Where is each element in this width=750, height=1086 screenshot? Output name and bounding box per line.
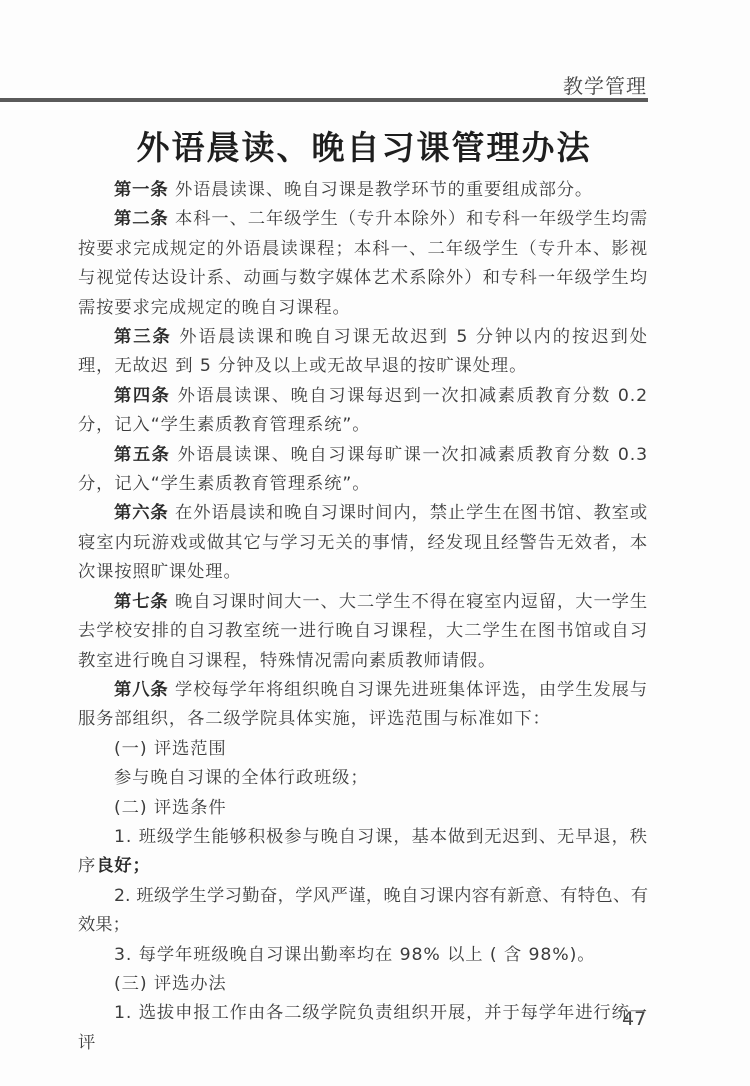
article-label: 第一条 bbox=[114, 180, 169, 200]
article-label: 第五条 bbox=[114, 445, 171, 465]
scope-text: 参与晚自习课的全体行政班级； bbox=[78, 764, 648, 793]
criteria-item-3: 3. 每学年班级晚自习课出勤率均在 98% 以上 ( 含 98%)。 bbox=[78, 941, 648, 970]
article-label: 第三条 bbox=[114, 327, 172, 347]
criteria-item-1-text: 1. 班级学生能够积极参与晚自习课，基本做到无迟到、无早退，秩序 bbox=[78, 827, 648, 876]
article-8: 第八条 学校每学年将组织晚自习课先进班集体评选，由学生发展与服务部组织，各二级学… bbox=[78, 676, 648, 735]
page-number: 47 bbox=[622, 1008, 646, 1030]
criteria-heading: (二) 评选条件 bbox=[78, 794, 648, 823]
page-title: 外语晨读、晚自习课管理办法 bbox=[0, 122, 728, 169]
article-1: 第一条 外语晨读课、晚自习课是教学环节的重要组成部分。 bbox=[78, 176, 648, 205]
article-text: 外语晨读课、晚自习课是教学环节的重要组成部分。 bbox=[169, 180, 594, 200]
article-label: 第四条 bbox=[114, 386, 171, 406]
article-label: 第八条 bbox=[114, 680, 169, 700]
article-label: 第六条 bbox=[114, 503, 169, 523]
method-heading: (三) 评选办法 bbox=[78, 970, 648, 999]
article-label: 第七条 bbox=[114, 592, 169, 612]
document-body: 第一条 外语晨读课、晚自习课是教学环节的重要组成部分。 第二条 本科一、二年级学… bbox=[78, 176, 648, 1058]
running-head: 教学管理 bbox=[563, 70, 647, 99]
criteria-item-1-end: 良好； bbox=[96, 856, 151, 876]
criteria-item-2: 2. 班级学生学习勤奋，学风严谨，晚自习课内容有新意、有特色、有效果； bbox=[78, 882, 648, 941]
scope-heading: (一) 评选范围 bbox=[78, 735, 648, 764]
article-4: 第四条 外语晨读课、晚自习课每迟到一次扣减素质教育分数 0.2 分，记入“学生素… bbox=[78, 382, 648, 441]
article-7: 第七条 晚自习课时间大一、大二学生不得在寝室内逗留，大一学生去学校安排的自习教室… bbox=[78, 588, 648, 676]
article-2: 第二条 本科一、二年级学生（专升本除外）和专科一年级学生均需按要求完成规定的外语… bbox=[78, 205, 648, 323]
article-5: 第五条 外语晨读课、晚自习课每旷课一次扣减素质教育分数 0.3 分，记入“学生素… bbox=[78, 441, 648, 500]
method-item-1: 1. 选拔申报工作由各二级学院负责组织开展，并于每学年进行统一评 bbox=[78, 999, 648, 1058]
header-rule bbox=[0, 98, 648, 102]
criteria-item-1: 1. 班级学生能够积极参与晚自习课，基本做到无迟到、无早退，秩序良好； bbox=[78, 823, 648, 882]
article-6: 第六条 在外语晨读和晚自习课时间内，禁止学生在图书馆、教室或寝室内玩游戏或做其它… bbox=[78, 499, 648, 587]
article-3: 第三条 外语晨读课和晚自习课无故迟到 5 分钟以内的按迟到处理，无故迟 到 5 … bbox=[78, 323, 648, 382]
article-label: 第二条 bbox=[114, 209, 169, 229]
